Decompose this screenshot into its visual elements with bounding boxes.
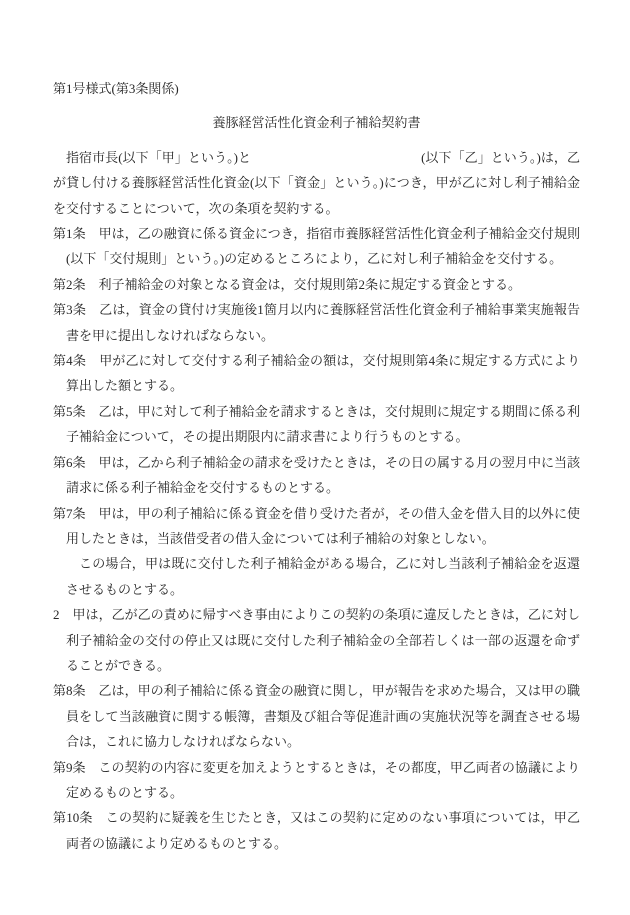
article-1: 第1条 甲は，乙の融資に係る資金につき，指宿市養豚経営活性化資金利子補給金交付規… xyxy=(53,221,580,272)
article-2: 第2条 利子補給金の対象となる資金は，交付規則第2条に規定する資金とする。 xyxy=(53,272,580,297)
article-10: 第10条 この契約に疑義を生じたとき，又はこの契約に定めのない事項については，甲… xyxy=(53,805,580,856)
article-7-clause-2: 2 甲は，乙が乙の責めに帰すべき事由によりこの契約の条項に違反したときは，乙に対… xyxy=(53,602,580,678)
article-5: 第5条 乙は，甲に対して利子補給金を請求するときは，交付規則に規定する期間に係る… xyxy=(53,399,580,450)
article-7: 第7条 甲は，甲の利子補給に係る資金を借り受けた者が，その借入金を借入目的以外に… xyxy=(53,501,580,552)
preamble-party-b: (以下「乙」という。) xyxy=(421,150,541,165)
document-title: 養豚経営活性化資金利子補給契約書 xyxy=(53,110,580,135)
article-8: 第8条 乙は，甲の利子補給に係る資金の融資に関し，甲が報告を求めた場合，又は甲の… xyxy=(53,678,580,754)
article-6: 第6条 甲は，乙から利子補給金の請求を受けたときは，その日の属する月の翌月中に当… xyxy=(53,450,580,501)
article-3: 第3条 乙は，資金の貸付け実施後1箇月以内に養豚経営活性化資金利子補給事業実施報… xyxy=(53,297,580,348)
preamble-lead: 指宿市長(以下「甲」という。)と xyxy=(66,150,251,165)
article-7-subparagraph: この場合，甲は既に交付した利子補給金がある場合，乙に対し当該利子補給金を返還させ… xyxy=(53,551,580,602)
party-name-blank xyxy=(251,161,421,162)
document-body: 第1号様式(第3条関係) 養豚経営活性化資金利子補給契約書 指宿市長(以下「甲」… xyxy=(53,76,580,856)
preamble-paragraph: 指宿市長(以下「甲」という。)と(以下「乙」という。)は，乙が貸し付ける養豚経営… xyxy=(53,145,580,221)
article-9: 第9条 この契約の内容に変更を加えようとするときは，その都度，甲乙両者の協議によ… xyxy=(53,755,580,806)
document-page: 第1号様式(第3条関係) 養豚経営活性化資金利子補給契約書 指宿市長(以下「甲」… xyxy=(0,0,630,915)
article-4: 第4条 甲が乙に対して交付する利子補給金の額は，交付規則第4条に規定する方式によ… xyxy=(53,348,580,399)
form-number: 第1号様式(第3条関係) xyxy=(53,76,580,101)
